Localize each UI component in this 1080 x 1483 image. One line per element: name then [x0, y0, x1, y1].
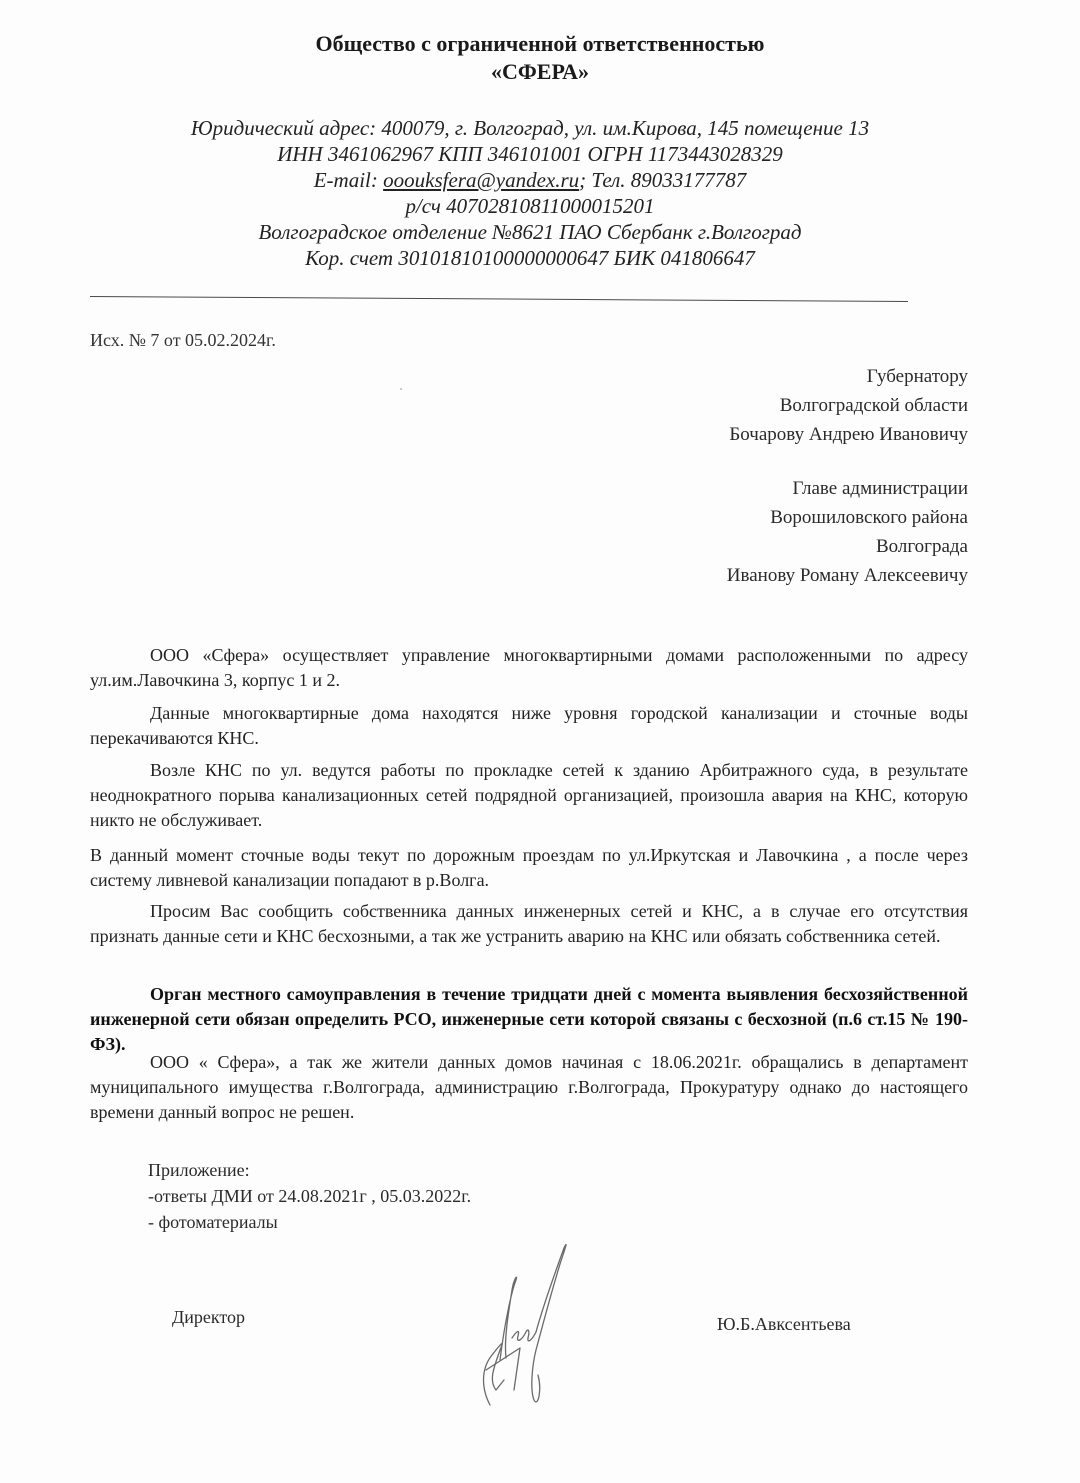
organization-title-line1: Общество с ограниченной ответственностью: [0, 30, 1080, 58]
paragraph-text: ООО « Сфера», а так же жители данных дом…: [90, 1050, 968, 1125]
paragraph-text: Просим Вас сообщить собственника данных …: [90, 899, 968, 949]
paragraph-text: В данный момент сточные воды текут по до…: [90, 843, 968, 893]
scan-speck: [466, 852, 468, 854]
settlement-account: р/сч 40702810811000015201: [0, 193, 1060, 219]
addressee-line: Иванову Роману Алексеевичу: [727, 561, 968, 590]
correspondent-account: Кор. счет 30101810100000000647 БИК 04180…: [0, 245, 1060, 271]
phone: ; Тел. 89033177787: [579, 168, 746, 192]
signatory-name: Ю.Б.Авксентьева: [717, 1312, 851, 1336]
outgoing-number: Исх. № 7 от 05.02.2024г.: [90, 328, 276, 352]
addressee-governor: Губернатору Волгоградской области Бочаро…: [729, 362, 968, 449]
handwritten-signature-icon: [460, 1240, 590, 1420]
body-paragraph: ООО «Сфера» осуществляет управление мног…: [90, 643, 968, 693]
addressee-line: Главе администрации: [727, 474, 968, 503]
attachments-title: Приложение:: [148, 1157, 471, 1183]
scan-speck: [400, 388, 402, 390]
contacts-line: E-mail: ooouksfera@yandex.ru; Тел. 89033…: [0, 167, 1060, 193]
header-divider: [90, 296, 908, 302]
body-paragraph: ООО « Сфера», а так же жители данных дом…: [90, 1050, 968, 1125]
addressee-line: Волгограда: [727, 532, 968, 561]
body-paragraph: Просим Вас сообщить собственника данных …: [90, 899, 968, 949]
email-link[interactable]: ooouksfera@yandex.ru: [383, 168, 579, 192]
addressee-line: Волгоградской области: [729, 391, 968, 420]
addressee-district-head: Главе администрации Ворошиловского район…: [727, 474, 968, 590]
scan-speck: [588, 1067, 590, 1069]
letter-page: Общество с ограниченной ответственностью…: [0, 0, 1080, 1483]
attachments-list: Приложение: -ответы ДМИ от 24.08.2021г ,…: [148, 1157, 471, 1235]
tax-ids: ИНН 3461062967 КПП 346101001 ОГРН 117344…: [0, 141, 1060, 167]
body-paragraph: Данные многоквартирные дома находятся ни…: [90, 701, 968, 751]
addressee-line: Бочарову Андрею Ивановичу: [729, 420, 968, 449]
bank-name: Волгоградское отделение №8621 ПАО Сберба…: [0, 219, 1060, 245]
paragraph-text: ООО «Сфера» осуществляет управление мног…: [90, 643, 968, 693]
organization-title: Общество с ограниченной ответственностью…: [0, 30, 1080, 86]
company-requisites: Юридический адрес: 400079, г. Волгоград,…: [0, 115, 1060, 271]
attachment-item: -ответы ДМИ от 24.08.2021г , 05.03.2022г…: [148, 1183, 471, 1209]
signatory-position: Директор: [172, 1305, 245, 1329]
addressee-line: Ворошиловского района: [727, 503, 968, 532]
email-label: E-mail:: [314, 168, 383, 192]
attachment-item: - фотоматериалы: [148, 1209, 471, 1235]
legal-address: Юридический адрес: 400079, г. Волгоград,…: [0, 115, 1060, 141]
paragraph-text: Орган местного самоуправления в течение …: [90, 982, 968, 1057]
organization-name: «СФЕРА»: [0, 58, 1080, 86]
paragraph-text: Данные многоквартирные дома находятся ни…: [90, 701, 968, 751]
legal-reference-paragraph: Орган местного самоуправления в течение …: [90, 982, 968, 1057]
addressee-line: Губернатору: [729, 362, 968, 391]
paragraph-text: Возле КНС по ул. ведутся работы по прокл…: [90, 758, 968, 833]
body-paragraph: Возле КНС по ул. ведутся работы по прокл…: [90, 758, 968, 833]
body-paragraph: В данный момент сточные воды текут по до…: [90, 843, 968, 893]
